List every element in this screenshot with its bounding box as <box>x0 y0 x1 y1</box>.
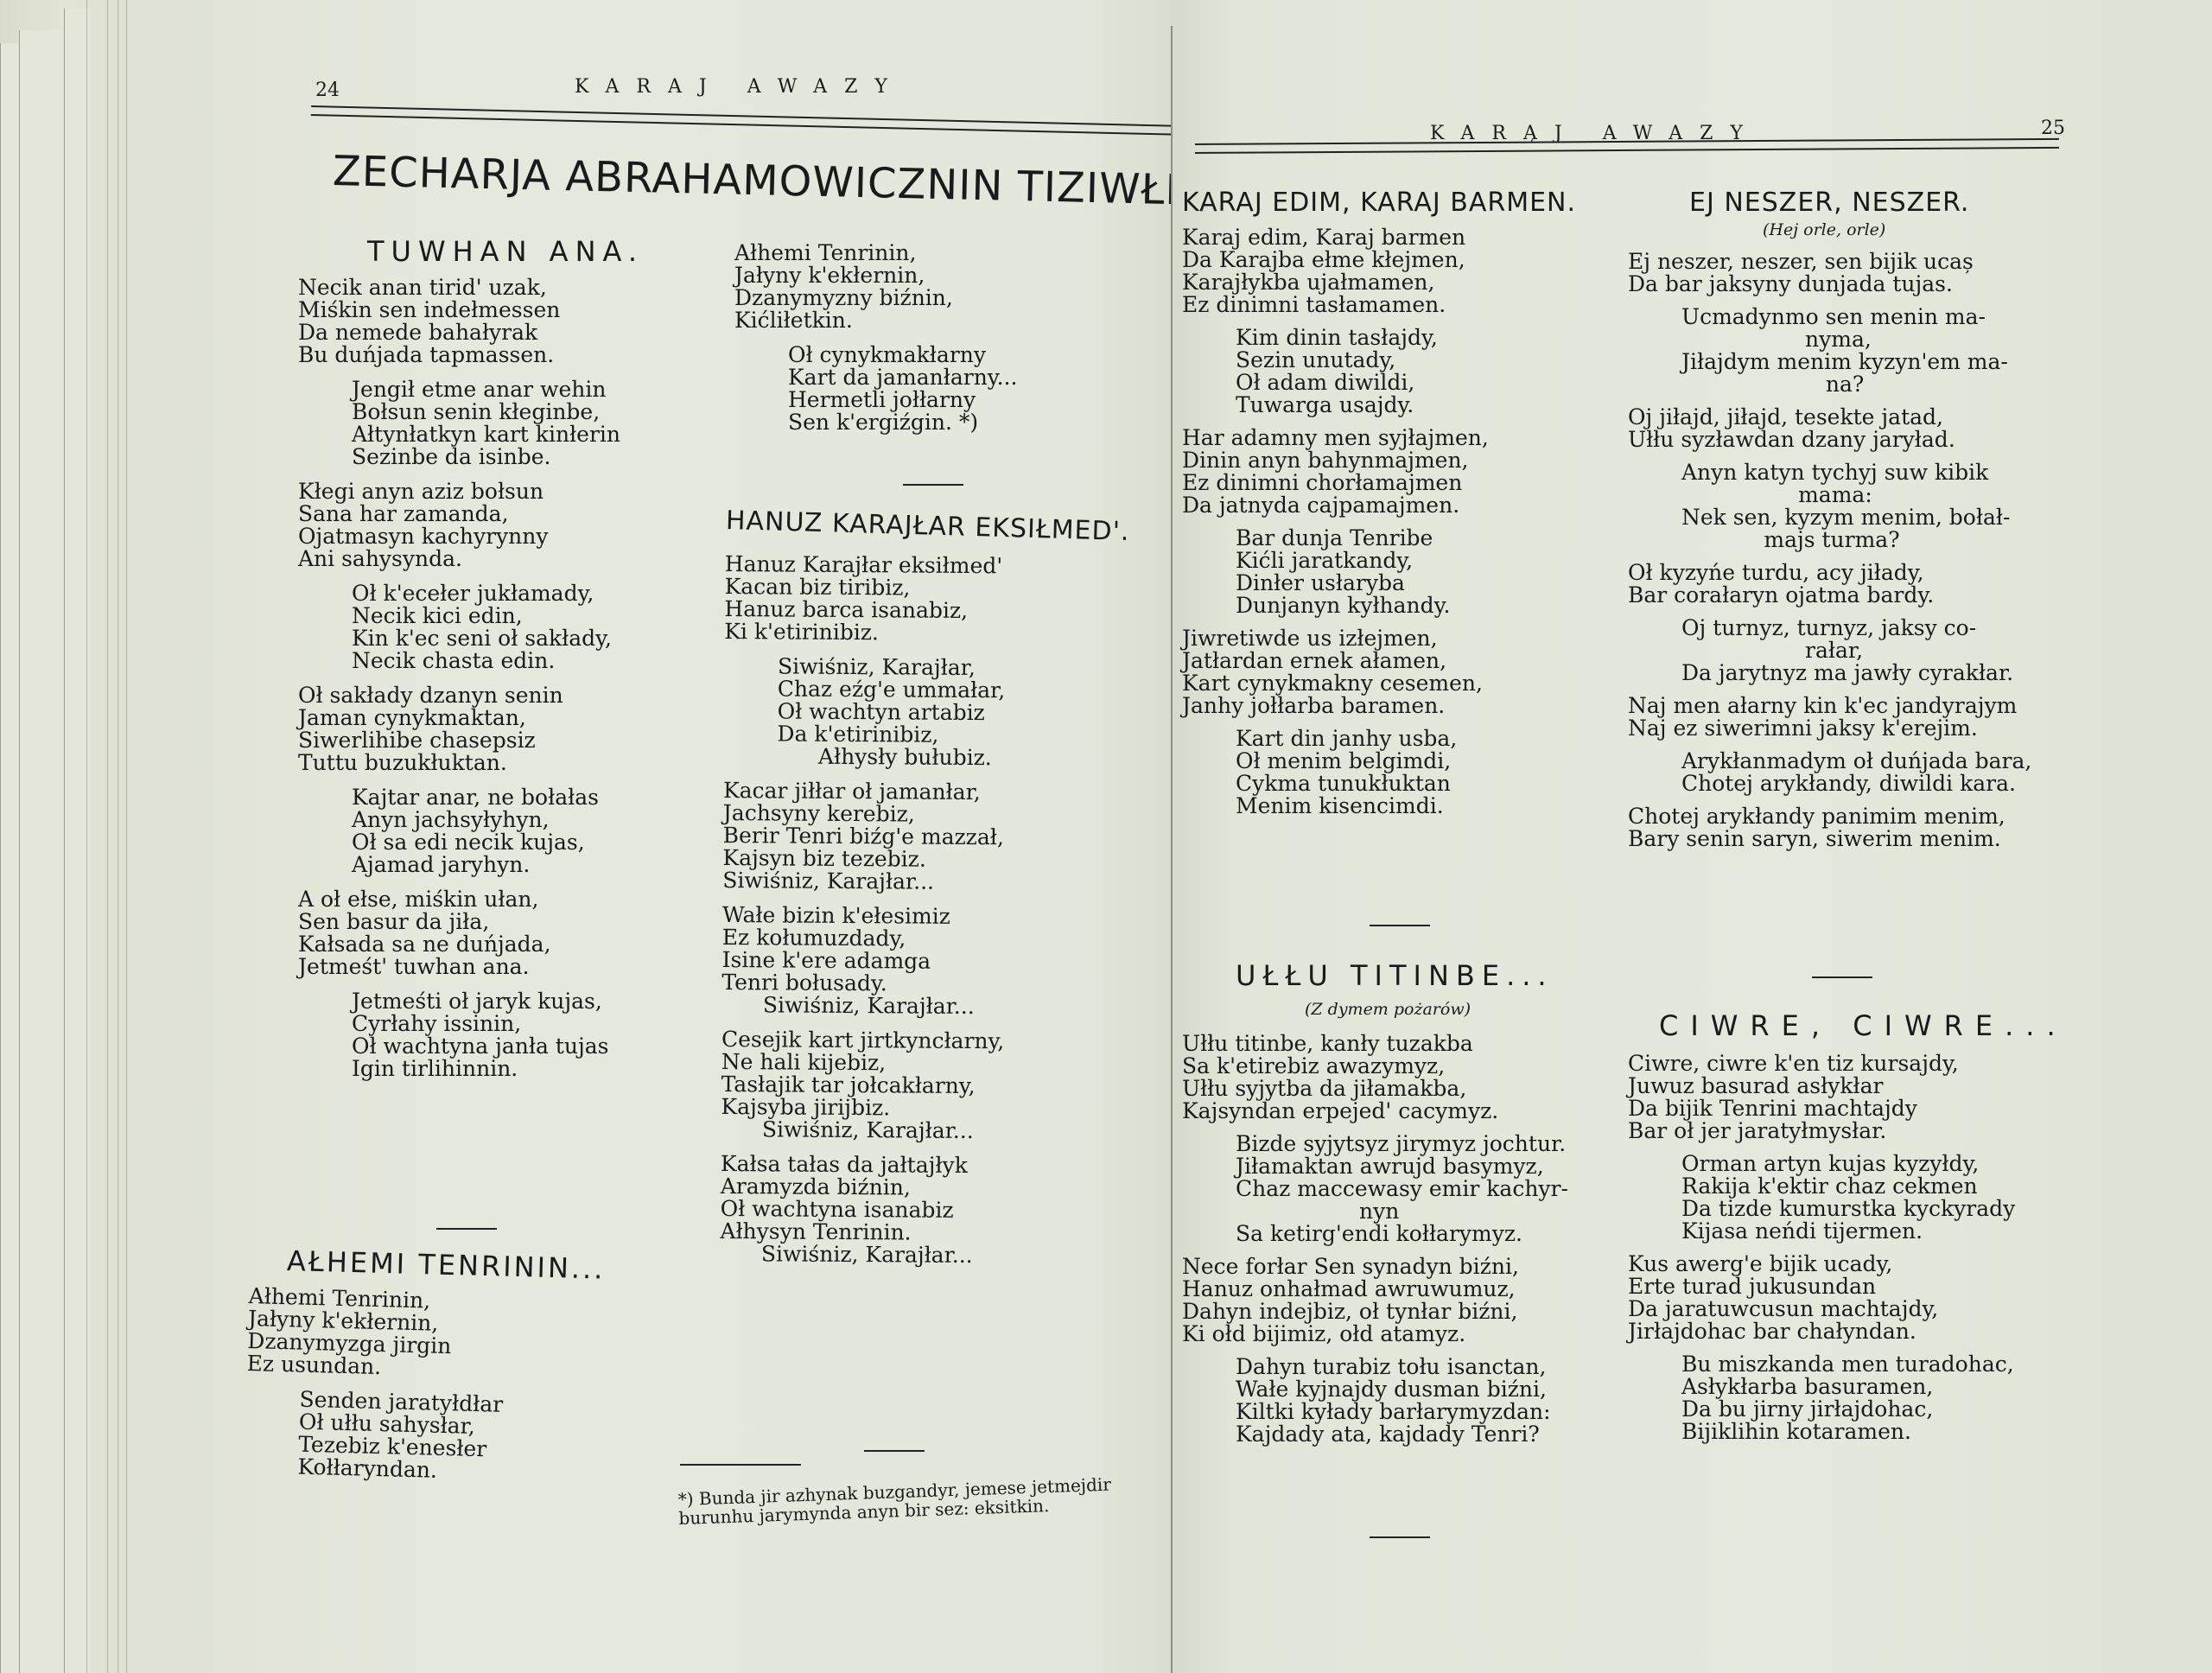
stanza: Dahyn turabiz tołu isanctan,Wałe kyjnajd… <box>1236 1356 1568 1446</box>
stanza: Kajtar anar, ne bołałasAnyn jachsyłyhyn,… <box>352 786 620 876</box>
verse-line: Hermetli jołłarny <box>788 389 1017 411</box>
poem-title-tuwhan-ana: TUWHAN ANA. <box>367 235 644 268</box>
verse-line: Kin k'ec seni oł sakłady, <box>352 627 620 650</box>
verse-line: Kart din janhy usba, <box>1236 728 1489 750</box>
stanza: A oł ełse, miśkin ułan,Sen basur da jiła… <box>298 888 620 978</box>
book-gutter <box>1171 26 1173 1673</box>
stanza: Kałsa tałas da jałtajłykAramyzda biźnin,… <box>720 1153 1003 1267</box>
verse-line: Sana har zamanda, <box>298 503 620 525</box>
verse-line: Kijasa neńdi tijermen. <box>1681 1220 2015 1243</box>
verse-line: Bar corałaryn ojatma bardy. <box>1628 584 2031 607</box>
verse-line: Oł menim belgimdi, <box>1236 750 1489 773</box>
verse-line: Chaz maccewasy emir kachyr- <box>1236 1178 1568 1200</box>
verse-line: mama: <box>1681 484 2031 506</box>
verse-line: Ułłu titinbe, kanły tuzakba <box>1182 1033 1568 1055</box>
verse-line: Hanuz onhałmad awruwumuz, <box>1182 1278 1568 1301</box>
column-right-1: Karaj edim, Karaj barmenDa Karajba ełme … <box>1182 226 1489 828</box>
verse-line: Menim kisencimdi. <box>1236 795 1489 817</box>
verse-line: Ciwre, ciwre k'en tiz kursajdy, <box>1628 1053 2015 1075</box>
verse-line: Juwuz basurad asłykłar <box>1628 1075 2015 1097</box>
stanza: Nece forłar Sen synadyn biźni,Hanuz onha… <box>1182 1256 1568 1345</box>
verse-line: Siwerlihibe chasepsiz <box>298 729 620 752</box>
verse-line: Sezinbe da isinbe. <box>352 446 620 468</box>
verse-line: Nek sen, kyzym menim, bołał- <box>1681 506 2031 529</box>
verse-line: Bizde syjytsyz jirymyz jochtur. <box>1236 1133 1568 1155</box>
verse-line: Oj turnyz, turnyz, jaksy co- <box>1681 617 2031 639</box>
stanza: Kus awerg'e bijik ucady,Erte turad jukus… <box>1628 1253 2015 1343</box>
verse-line: Igin tirlihinnin. <box>352 1058 620 1080</box>
poem-subtitle-z-dymem: (Z dymem pożarów) <box>1305 1000 1471 1019</box>
verse-line: Ez dinimni chorłamajmen <box>1182 472 1489 494</box>
verse-line: Kart da jamanłarny... <box>788 366 1017 389</box>
verse-line: Ułłu syzławdan dzany jaryład. <box>1628 429 2031 451</box>
verse-line: Sa k'etirebiz awazymyz, <box>1182 1055 1568 1078</box>
verse-line: nyn <box>1236 1200 1568 1223</box>
verse-line: Necik anan tirid' uzak, <box>298 277 620 299</box>
verse-line: Oł sakłady dzanyn senin <box>298 684 620 707</box>
verse-line: Bar dunja Tenribe <box>1236 527 1489 550</box>
stanza: Ałhemi Tenrinin,Jałyny k'ekłernin,Dzanym… <box>734 242 1017 332</box>
verse-line: Oł cynykmakłarny <box>788 344 1017 366</box>
stanza: Oł k'ecełer jukłamady,Necik kici edin,Ki… <box>352 582 620 672</box>
verse-line: Dahyn turabiz tołu isanctan, <box>1236 1356 1568 1378</box>
verse-line: Kajdady ata, kajdady Tenri? <box>1236 1423 1568 1446</box>
verse-line: Sen k'ergiźgin. *) <box>788 411 1017 434</box>
verse-line: Dahyn indejbiz, oł tynłar biźni, <box>1182 1301 1568 1323</box>
verse-line: Ojatmasyn kachyrynny <box>298 525 620 548</box>
verse-line: Ej neszer, neszer, sen bijik ucaș <box>1628 251 2031 273</box>
poem-title-karaj-edim: KARAJ EDIM, KARAJ BARMEN. <box>1182 188 1576 218</box>
verse-line: Jiwretiwde us izłejmen, <box>1182 627 1489 650</box>
verse-line: Bołsun senin kłeginbe, <box>352 401 620 423</box>
column-right-2: Ej neszer, neszer, sen bijik ucașDa bar … <box>1628 251 2031 861</box>
verse-line: Kart cynykmakny cesemen, <box>1182 672 1489 695</box>
verse-line: Ałhysły bułubiz. <box>777 745 1007 769</box>
verse-line: Nece forłar Sen synadyn biźni, <box>1182 1256 1568 1278</box>
verse-line: Jiłamaktan awrujd basymyz, <box>1236 1155 1568 1178</box>
verse-line: Sezin unutady, <box>1236 349 1489 372</box>
column-left-1: Necik anan tirid' uzak,Miśkin sen indełm… <box>298 277 620 1092</box>
verse-line: Chotej arykłandy, diwildi kara. <box>1681 773 2031 795</box>
verse-line: Cykma tunukłuktan <box>1236 773 1489 795</box>
verse-line: Kićliłetkin. <box>734 309 1017 332</box>
verse-line: majs turma? <box>1681 529 2031 551</box>
stanza: Ucmadynmo sen menin ma- nyma,Jiłajdym me… <box>1681 306 2031 396</box>
verse-line: Bu miszkanda men turadohac, <box>1681 1353 2015 1376</box>
verse-line: rałar, <box>1681 639 2031 662</box>
stanza: Har adamny men syjłajmen,Dinin anyn bahy… <box>1182 427 1489 517</box>
stanza: Cesejik kart jirtkyncłarny,Ne hali kijeb… <box>721 1028 1004 1142</box>
verse-line: Necik chasta edin. <box>352 650 620 672</box>
verse-line: Sa ketirg'endi kołłarymyz. <box>1236 1223 1568 1245</box>
stanza: Karaj edim, Karaj barmenDa Karajba ełme … <box>1182 226 1489 316</box>
verse-line: Oj jiłajd, jiłajd, tesekte jatad, <box>1628 406 2031 429</box>
verse-line: nyma, <box>1681 328 2031 351</box>
verse-line: Necik kici edin, <box>352 605 620 627</box>
stanza: Kacar jiłłar oł jamanłar,Jachsyny kerebi… <box>722 779 1006 894</box>
verse-line: Kićli jaratkandy, <box>1236 550 1489 572</box>
verse-line: Sen basur da jiła, <box>298 911 620 933</box>
verse-line: Siwiśniz, Karajłar... <box>721 994 1005 1018</box>
stanza: Ułłu titinbe, kanły tuzakbaSa k'etirebiz… <box>1182 1033 1568 1123</box>
stanza: Jetmeśti oł jaryk kujas,Cyrłahy issinin,… <box>352 990 620 1080</box>
poem-title-ciwre-ciwre: CIWRE, CIWRE... <box>1659 1009 2068 1042</box>
verse-line: Dunjanyn kyłhandy. <box>1236 595 1489 617</box>
verse-line: Karaj edim, Karaj barmen <box>1182 226 1489 249</box>
verse-line: Jetmeśt' tuwhan ana. <box>298 956 620 978</box>
verse-line: Da nemede bahałyrak <box>298 321 620 344</box>
stanza: Jiwretiwde us izłejmen,Jatłardan ernek a… <box>1182 627 1489 717</box>
section-separator <box>903 484 963 486</box>
verse-line: Siwiśniz, Karajłar... <box>722 869 1006 894</box>
verse-line: Da bu jirny jirłajdohac, <box>1681 1398 2015 1421</box>
stanza: Kłegi anyn aziz bołsunSana har zamanda,O… <box>298 480 620 570</box>
verse-line: Jetmeśti oł jaryk kujas, <box>352 990 620 1013</box>
verse-line: Bar oł jer jaratyłmysłar. <box>1628 1120 2015 1142</box>
stanza: Oł kyzyńe turdu, acy jiłady,Bar corałary… <box>1628 562 2031 607</box>
verse-line: Jałyny k'ekłernin, <box>734 264 1017 287</box>
verse-line: Da jarytnyz ma jawły cyrakłar. <box>1681 662 2031 684</box>
running-head-left: KARAJ AWAZY <box>575 76 905 98</box>
verse-line: Jaman cynykmaktan, <box>298 707 620 729</box>
stanza: Jengił etme anar wehinBołsun senin kłegi… <box>352 378 620 468</box>
verse-line: Da jaratuwcusun machtajdy, <box>1628 1298 2015 1320</box>
page-number-right: 25 <box>2041 118 2065 139</box>
verse-line: Jengił etme anar wehin <box>352 378 620 401</box>
stanza: Siwiśniz, Karajłar,Chaz eźg'e ummałar,Oł… <box>777 655 1007 769</box>
verse-line: Ułłu syjytba da jiłamakba, <box>1182 1078 1568 1100</box>
stanza: Arykłanmadym oł duńjada bara,Chotej aryk… <box>1681 750 2031 795</box>
stanza: Ej neszer, neszer, sen bijik ucașDa bar … <box>1628 251 2031 296</box>
verse-line: Orman artyn kujas kyzyłdy, <box>1681 1153 2015 1175</box>
column-left-2: Ałhemi Tenrinin,Jałyny k'ekłernin,Dzanym… <box>734 242 1017 446</box>
stanza: Kart din janhy usba,Oł menim belgimdi,Cy… <box>1236 728 1489 817</box>
stanza: Senden jaratyłdłarOł ułłu sahysłar,Tezeb… <box>297 1389 503 1484</box>
verse-line: Ez dinimni tasłamamen. <box>1182 294 1489 316</box>
verse-line: Siwiśniz, Karajłar... <box>720 1243 1003 1267</box>
verse-line: Wałe kyjnajdy dusman biźni, <box>1236 1378 1568 1401</box>
verse-line: Kajtar anar, ne bołałas <box>352 786 620 809</box>
stanza: Bizde syjytsyz jirymyz jochtur.Jiłamakta… <box>1236 1133 1568 1245</box>
verse-line: Oł wachtyna janła tujas <box>352 1035 620 1058</box>
verse-line: Da bijik Tenrini machtajdy <box>1628 1097 2015 1120</box>
verse-line: Arykłanmadym oł duńjada bara, <box>1681 750 2031 773</box>
stanza: Kim dinin tasłajdy,Sezin unutady,Oł adam… <box>1236 327 1489 417</box>
verse-line: Dzanymyzny biźnin, <box>734 287 1017 309</box>
stanza: Oł cynykmakłarnyKart da jamanłarny...Her… <box>788 344 1017 434</box>
section-separator <box>1370 925 1430 926</box>
verse-line: Ki k'etirinibiz. <box>724 620 1007 645</box>
verse-line: Karajłykba ujałmamen, <box>1182 271 1489 294</box>
verse-line: Kajsyndan erpejed' cacymyz. <box>1182 1100 1568 1123</box>
verse-line: Jiłajdym menim kyzyn'em ma- <box>1681 351 2031 373</box>
verse-line: Da Karajba ełme kłejmen, <box>1182 249 1489 271</box>
stanza: Chotej arykłandy panimim menim,Bary seni… <box>1628 805 2031 850</box>
verse-line: Ałhemi Tenrinin, <box>734 242 1017 264</box>
column-left-2-poem3: Hanuz Karajłar eksiłmed'Kacan biz tiribi… <box>720 553 1007 1279</box>
stanza: Ciwre, ciwre k'en tiz kursajdy,Juwuz bas… <box>1628 1053 2015 1142</box>
verse-line: Oł adam diwildi, <box>1236 372 1489 394</box>
verse-line: Bu duńjada tapmassen. <box>298 344 620 366</box>
verse-line: Naj men ałarny kin k'ec jandyrajym <box>1628 695 2031 717</box>
verse-line: Rakija k'ektir chaz cekmen <box>1681 1175 2015 1198</box>
column-left-1-poem2: Ałhemi Tenrinin,Jałyny k'ekłernin,Dzanym… <box>244 1285 506 1496</box>
verse-line: Dinłer usłaryba <box>1236 572 1489 595</box>
verse-line: Kiltki kyłady barłarymyzdan: <box>1236 1401 1568 1423</box>
stanza: Oj jiłajd, jiłajd, tesekte jatad,Ułłu sy… <box>1628 406 2031 451</box>
verse-line: Oł kyzyńe turdu, acy jiłady, <box>1628 562 2031 584</box>
section-separator <box>436 1228 497 1230</box>
verse-line: Anyn katyn tychyj suw kibik <box>1681 461 2031 484</box>
verse-line: Ki ołd bijimiz, ołd atamyz. <box>1182 1323 1568 1345</box>
verse-line: Kus awerg'e bijik ucady, <box>1628 1253 2015 1275</box>
verse-line: A oł ełse, miśkin ułan, <box>298 888 620 911</box>
verse-line: Kałsada sa ne duńjada, <box>298 933 620 956</box>
verse-line: Jatłardan ernek ałamen, <box>1182 650 1489 672</box>
verse-line: Tuwarga usajdy. <box>1236 394 1489 417</box>
stanza: Bu miszkanda men turadohac,Asłykłarba ba… <box>1681 1353 2015 1443</box>
verse-line: Kłegi anyn aziz bołsun <box>298 480 620 503</box>
verse-line: Cyrłahy issinin, <box>352 1013 620 1035</box>
verse-line: Ani sahysynda. <box>298 548 620 570</box>
stanza: Naj men ałarny kin k'ec jandyrajymNaj ez… <box>1628 695 2031 740</box>
verse-line: Ucmadynmo sen menin ma- <box>1681 306 2031 328</box>
verse-line: Miśkin sen indełmessen <box>298 299 620 321</box>
verse-line: Anyn jachsyłyhyn, <box>352 809 620 831</box>
verse-line: Da jatnyda cajpamajmen. <box>1182 494 1489 517</box>
verse-line: Oł sa edi necik kujas, <box>352 831 620 854</box>
verse-line: Chotej arykłandy panimim menim, <box>1628 805 2031 828</box>
poem-title-ullu-titinbe: UŁŁU TITINBE... <box>1236 959 1554 992</box>
column-right-2-poem2: Ciwre, ciwre k'en tiz kursajdy,Juwuz bas… <box>1628 1053 2015 1454</box>
section-separator <box>1812 976 1872 978</box>
stanza: Ałhemi Tenrinin,Jałyny k'ekłernin,Dzanym… <box>246 1285 505 1382</box>
footnote-rule <box>680 1464 801 1466</box>
verse-line: Oł k'ecełer jukłamady, <box>352 582 620 605</box>
verse-line: Tuttu buzukłuktan. <box>298 752 620 774</box>
verse-line: Kim dinin tasłajdy, <box>1236 327 1489 349</box>
verse-line: Bary senin saryn, siwerim menim. <box>1628 828 2031 850</box>
verse-line: Asłykłarba basuramen, <box>1681 1376 2015 1398</box>
verse-line: Ajamad jaryhyn. <box>352 854 620 876</box>
verse-line: Da bar jaksyny dunjada tujas. <box>1628 273 2031 296</box>
verse-line: Ałtynłatkyn kart kinłerin <box>352 423 620 446</box>
verse-line: Bijiklihin kotaramen. <box>1681 1421 2015 1443</box>
verse-line: Dinin anyn bahynmajmen, <box>1182 449 1489 472</box>
verse-line: Erte turad jukusundan <box>1628 1275 2015 1298</box>
stanza: Necik anan tirid' uzak,Miśkin sen indełm… <box>298 277 620 366</box>
verse-line: na? <box>1681 373 2031 396</box>
section-separator <box>1370 1536 1430 1538</box>
stanza: Hanuz Karajłar eksiłmed'Kacan biz tiribi… <box>724 553 1007 645</box>
poem-subtitle-hej-orle: (Hej orle, orle) <box>1763 220 1885 239</box>
verse-line: Jirłajdohac bar chałyndan. <box>1628 1320 2015 1343</box>
verse-line: Har adamny men syjłajmen, <box>1182 427 1489 449</box>
stanza: Anyn katyn tychyj suw kibik mama:Nek sen… <box>1681 461 2031 551</box>
poem-title-ej-neszer: EJ NESZER, NESZER. <box>1689 188 1969 218</box>
stanza: Oł sakłady dzanyn seninJaman cynykmaktan… <box>298 684 620 774</box>
stanza: Bar dunja TenribeKićli jaratkandy,Dinłer… <box>1236 527 1489 617</box>
stanza: Orman artyn kujas kyzyłdy,Rakija k'ektir… <box>1681 1153 2015 1243</box>
stanza: Oj turnyz, turnyz, jaksy co- rałar,Da ja… <box>1681 617 2031 684</box>
verse-line: Da tizde kumurstka kyckyrady <box>1681 1198 2015 1220</box>
column-right-1-poem2: Ułłu titinbe, kanły tuzakbaSa k'etirebiz… <box>1182 1033 1568 1456</box>
stanza: Wałe bizin k'ełesimizEz kołumuzdady,Isin… <box>721 904 1005 1018</box>
verse-line: Janhy jołłarba baramen. <box>1182 695 1489 717</box>
verse-line: Naj ez siwerimni jaksy k'erejim. <box>1628 717 2031 740</box>
verse-line: Siwiśniz, Karajłar... <box>721 1118 1004 1142</box>
page-number-left: 24 <box>315 80 340 101</box>
section-separator <box>864 1450 925 1452</box>
